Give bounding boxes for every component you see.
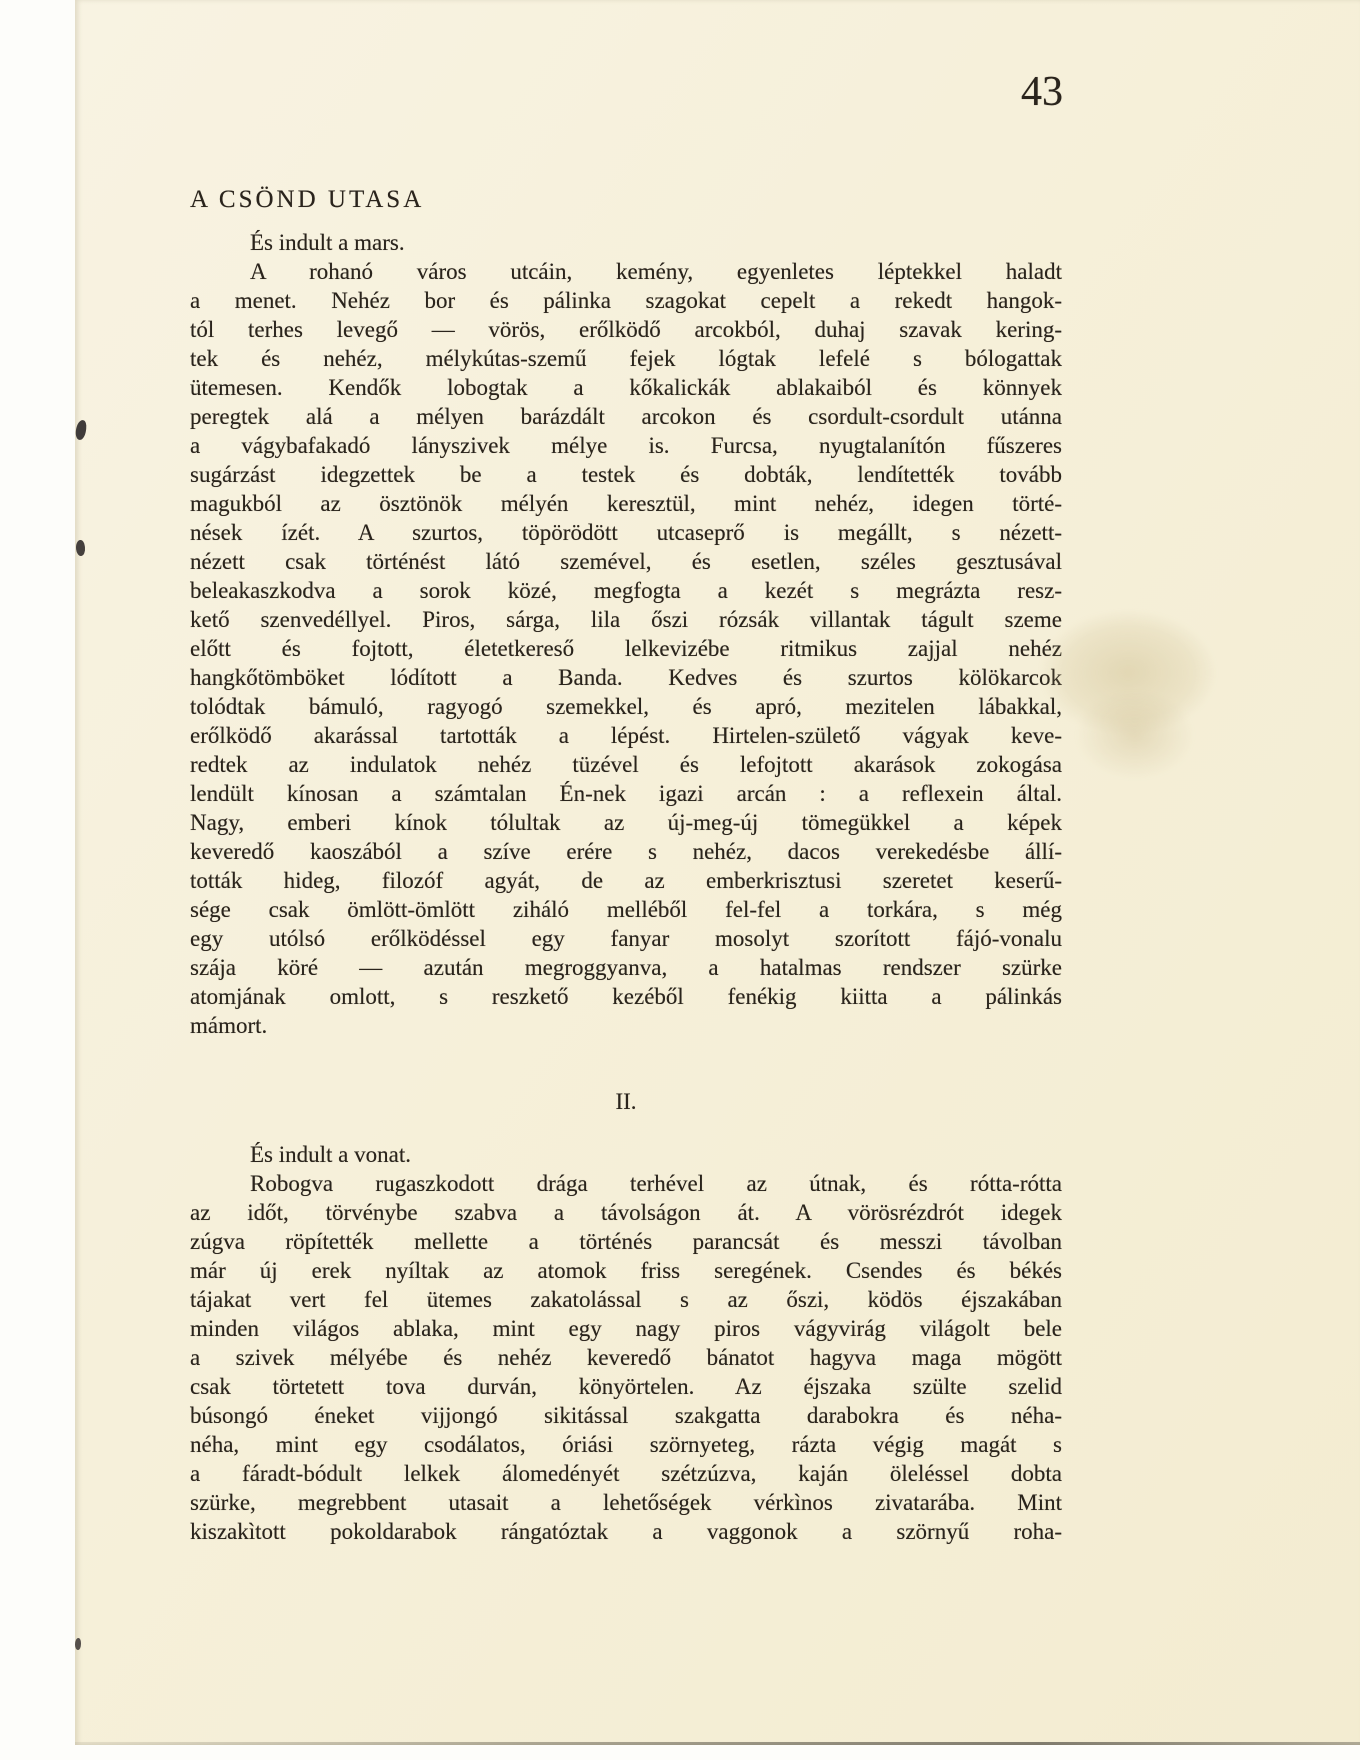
ink-speck <box>75 1638 81 1650</box>
text-line: lendült kínosan a számtalan Én-nek igazi… <box>190 779 1062 808</box>
text-line: búsongó éneket vijjongó sikitással szakg… <box>190 1401 1062 1430</box>
text-line: mámort. <box>190 1011 1062 1040</box>
page-number: 43 <box>75 68 1063 116</box>
text-line: hangkőtömböket lódított a Banda. Kedves … <box>190 663 1062 692</box>
text-line: egy utólsó erőlködéssel egy fanyar mosol… <box>190 924 1062 953</box>
text-line: tek és nehéz, mélykútas-szemű fejek lógt… <box>190 344 1062 373</box>
text-line: szája köré — azután megroggyanva, a hata… <box>190 953 1062 982</box>
text-line: peregtek alá a mélyen barázdált arcokon … <box>190 402 1062 431</box>
text-line: kető szenvedéllyel. Piros, sárga, lila ő… <box>190 605 1062 634</box>
text-line: nézett csak történést látó szemével, és … <box>190 547 1062 576</box>
page-title: A CSÖND UTASA <box>190 186 424 214</box>
text-line: redtek az indulatok nehéz tüzével és lef… <box>190 750 1062 779</box>
ink-speck <box>75 540 86 557</box>
text-line: A rohanó város utcáin, kemény, egyenlete… <box>190 257 1062 286</box>
text-line: nések ízét. A szurtos, töpörödött utcase… <box>190 518 1062 547</box>
text-line: tájakat vert fel ütemes zakatolással s a… <box>190 1285 1062 1314</box>
text-line: zúgva röpítették mellette a történés par… <box>190 1227 1062 1256</box>
text-line: néha, mint egy csodálatos, óriási szörny… <box>190 1430 1062 1459</box>
text-line: És indult a vonat. <box>190 1140 1062 1169</box>
text-line: már új erek nyíltak az atomok friss sere… <box>190 1256 1062 1285</box>
text-line: magukból az ösztönök mélyén keresztül, m… <box>190 489 1062 518</box>
page-bottom-edge <box>75 1742 1360 1745</box>
text-line: a menet. Nehéz bor és pálinka szagokat c… <box>190 286 1062 315</box>
text-line: És indult a mars. <box>190 228 1062 257</box>
ink-speck <box>75 419 88 440</box>
text-line: kiszakìtott pokoldarabok rángatóztak a v… <box>190 1517 1062 1546</box>
text-line: csak törtetett tova durván, könyörtelen.… <box>190 1372 1062 1401</box>
text-line: keveredő kaoszából a szíve erére s nehéz… <box>190 837 1062 866</box>
text-line: az időt, törvénybe szabva a távolságon á… <box>190 1198 1062 1227</box>
text-column: És indult a mars.A rohanó város utcáin, … <box>190 228 1062 1546</box>
text-line: a szivek mélyébe és nehéz keveredő bánat… <box>190 1343 1062 1372</box>
text-line: tották hideg, filozóf agyát, de az ember… <box>190 866 1062 895</box>
text-line: minden világos ablaka, mint egy nagy pir… <box>190 1314 1062 1343</box>
text-line: atomjának omlott, s reszkető kezéből fen… <box>190 982 1062 1011</box>
text-line: erőlködő akarással tartották a lépést. H… <box>190 721 1062 750</box>
text-line: sége csak ömlött-ömlött ziháló melléből … <box>190 895 1062 924</box>
book-page: 43 A CSÖND UTASA És indult a mars.A roha… <box>75 0 1360 1745</box>
text-line: a vágybafakadó lányszivek mélye is. Furc… <box>190 431 1062 460</box>
text-line: tolódtak bámuló, ragyogó szemekkel, és a… <box>190 692 1062 721</box>
text-line: Nagy, emberi kínok tólultak az új-meg-új… <box>190 808 1062 837</box>
text-line: Robogva rugaszkodott drága terhével az ú… <box>190 1169 1062 1198</box>
text-line: beleakaszkodva a sorok közé, megfogta a … <box>190 576 1062 605</box>
paper-stain <box>1075 690 1195 780</box>
text-line: előtt és fojtott, életetkereső lelkevizé… <box>190 634 1062 663</box>
scan-background: 43 A CSÖND UTASA És indult a mars.A roha… <box>0 0 1360 1760</box>
text-line: tól terhes levegő — vörös, erőlködő arco… <box>190 315 1062 344</box>
section-heading: II. <box>190 1087 1062 1116</box>
text-line: sugárzást idegzettek be a testek és dobt… <box>190 460 1062 489</box>
text-line: a fáradt-bódult lelkek álomedényét szétz… <box>190 1459 1062 1488</box>
text-line: ütemesen. Kendők lobogtak a kőkalickák a… <box>190 373 1062 402</box>
text-line: szürke, megrebbent utasait a lehetőségek… <box>190 1488 1062 1517</box>
